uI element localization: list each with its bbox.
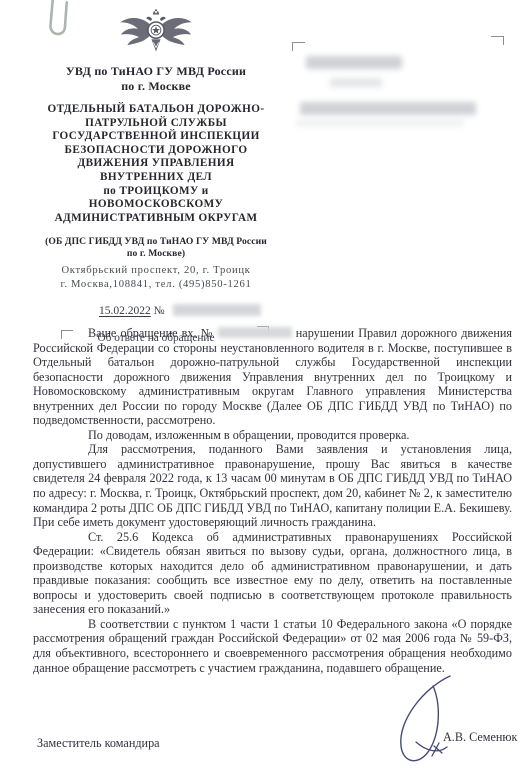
division-line: ОТДЕЛЬНЫЙ БАТАЛЬОН ДОРОЖНО- (35, 103, 277, 117)
address-line2: г. Москва,108841, тел. (495)850-1261 (61, 279, 252, 290)
signer-position-title: Заместитель командира (37, 736, 160, 751)
abbrev-line2: по г. Москве) (127, 248, 185, 259)
division-line: по ТРОИЦКОМУ и НОВОМОСКОВСКОМУ (35, 185, 277, 212)
org-name-line1: УВД по ТиНАО ГУ МВД России (66, 64, 246, 78)
paragraph-1: Ваше обращение вх. № нарушении Правил до… (33, 326, 512, 428)
org-name: УВД по ТиНАО ГУ МВД России по г. Москве (35, 64, 277, 94)
paragraph-1-suffix: нарушении Правил дорожного движения Росс… (33, 326, 512, 427)
scanned-letter-page: УВД по ТиНАО ГУ МВД России по г. Москве … (0, 0, 527, 768)
recipient-redaction-line (296, 120, 464, 126)
org-name-line2: по г. Москве (121, 79, 191, 93)
org-address: Октябрьский проспект, 20, г. Троицк г. М… (35, 264, 277, 291)
letter-body: Ваше обращение вх. № нарушении Правил до… (33, 326, 512, 675)
handwritten-signature (390, 672, 468, 768)
division-line: ГОСУДАРСТВЕННОЙ ИНСПЕКЦИИ (35, 130, 277, 144)
signer-name: А.В. Семенюк (443, 730, 517, 745)
abbrev-line1: (ОБ ДПС ГИБДД УВД по ТиНАО ГУ МВД России (45, 236, 267, 247)
address-line1: Октябрьский проспект, 20, г. Троицк (61, 265, 250, 276)
mvd-eagle-emblem-icon (117, 6, 195, 62)
division-line: ПАТРУЛЬНОЙ СЛУЖБЫ (35, 117, 277, 131)
division-line: АДМИНИСТРАТИВНЫМ ОКРУГАМ (35, 212, 277, 226)
division-line: ДВИЖЕНИЯ УПРАВЛЕНИЯ (35, 157, 277, 171)
org-abbreviation: (ОБ ДПС ГИБДД УВД по ТиНАО ГУ МВД России… (35, 236, 277, 259)
template-corner-mark (491, 36, 504, 45)
recipient-redaction-line (306, 56, 402, 69)
recipient-redaction-line (330, 78, 382, 87)
document-date: 15.02.2022 (99, 305, 151, 317)
number-sign: № (154, 305, 165, 317)
paragraph-5: В соответствии с пунктом 1 части 1 стать… (33, 617, 512, 675)
recipient-redaction-line (300, 102, 476, 115)
template-corner-mark (292, 42, 305, 51)
paragraph-3: Для рассмотрения, поданного Вами заявлен… (33, 442, 512, 529)
recipient-block-redacted (290, 36, 508, 132)
division-name: ОТДЕЛЬНЫЙ БАТАЛЬОН ДОРОЖНО- ПАТРУЛЬНОЙ С… (35, 103, 277, 225)
letterhead: УВД по ТиНАО ГУ МВД России по г. Москве … (35, 6, 277, 344)
division-line: ВНУТРЕННИХ ДЕЛ (35, 171, 277, 185)
document-number-redaction (173, 304, 261, 316)
paragraph-2: По доводам, изложенным в обращении, пров… (33, 428, 512, 443)
date-number-line: 15.02.2022 № (35, 304, 277, 317)
paragraph-4: Ст. 25.6 Кодекса об административных пра… (33, 530, 512, 617)
paragraph-1-prefix: Ваше обращение вх. № (88, 326, 213, 340)
incoming-number-redaction (218, 327, 292, 338)
division-line: БЕЗОПАСНОСТИ ДОРОЖНОГО (35, 144, 277, 158)
